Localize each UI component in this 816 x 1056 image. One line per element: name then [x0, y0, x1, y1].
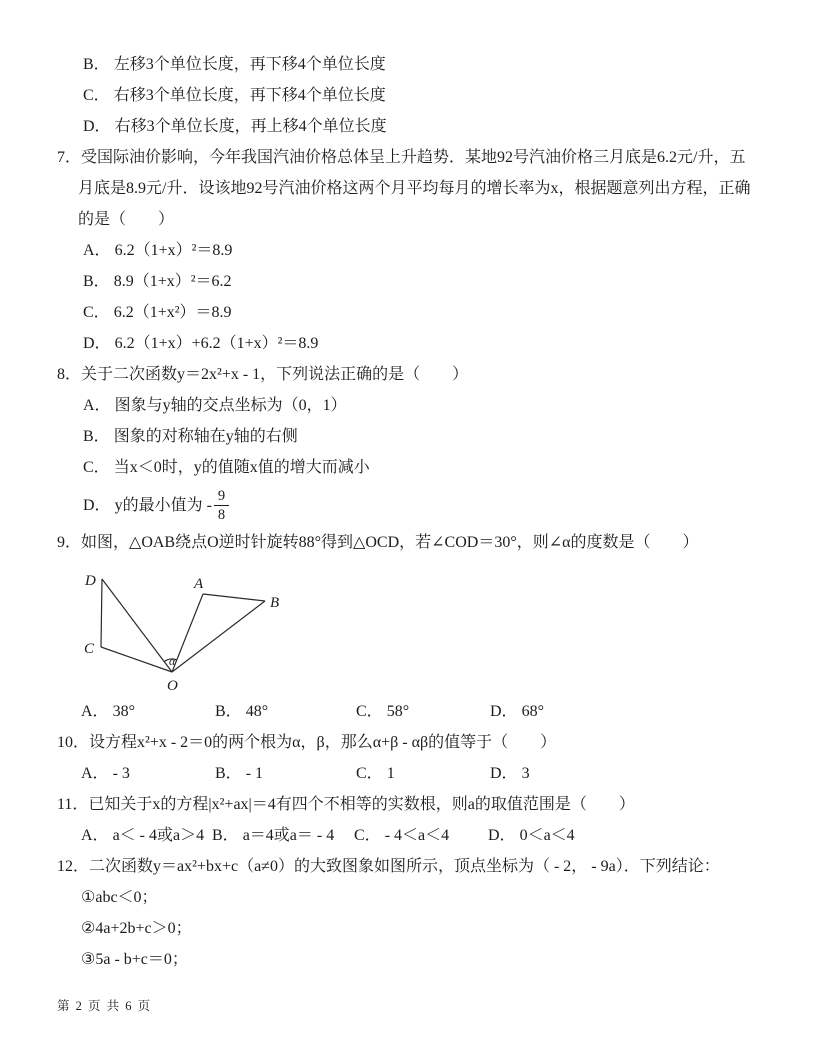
q9-option-d: D．68°	[490, 696, 544, 727]
option-label: B．	[215, 703, 242, 720]
option-text: a＜ - 4或a＞4	[113, 827, 205, 844]
q7-option-d: D．6.2（1+x）+6.2（1+x）²＝8.9	[57, 328, 768, 359]
stem-text: 设方程x²+x - 2＝0的两个根为α，β，那么α+β - αβ的值等于（ ）	[89, 734, 556, 751]
option-label: D．	[83, 118, 111, 135]
option-label: C．	[83, 459, 110, 476]
option-label: D．	[490, 703, 518, 720]
option-label: A．	[81, 703, 109, 720]
option-text: - 3	[113, 765, 130, 782]
question-number: 11．	[57, 789, 88, 820]
q10-options-row: A．- 3 B．- 1 C．1 D．3	[57, 758, 768, 789]
option-label: A．	[83, 397, 111, 414]
option-text: 8.9（1+x）²＝6.2	[114, 273, 232, 290]
option-label: B．	[83, 273, 110, 290]
q10-option-c: C．1	[356, 758, 395, 789]
vertex-label-C: C	[84, 641, 95, 657]
option-text: 6.2（1+x²）＝8.9	[114, 304, 232, 321]
q11-option-c: C．- 4＜a＜4	[354, 820, 449, 851]
option-text: - 4＜a＜4	[385, 827, 449, 844]
q8-option-c: C．当x＜0时，y的值随x值的增大而减小	[57, 452, 768, 483]
option-text: 图象与y轴的交点坐标为（0，1）	[115, 397, 347, 414]
option-label: C．	[354, 827, 381, 844]
q9-option-b: B．48°	[215, 696, 268, 727]
q11-option-d: D．0＜a＜4	[488, 820, 575, 851]
vertex-label-A: A	[193, 576, 204, 592]
stem-text: 已知关于x的方程|x²+ax|＝4有四个不相等的实数根，则a的取值范围是（ ）	[88, 796, 634, 813]
option-label: C．	[83, 304, 110, 321]
option-label: C．	[356, 765, 383, 782]
question-number: 8．	[57, 359, 81, 390]
q9-options-row: A．38° B．48° C．58° D．68°	[57, 696, 768, 727]
question-number: 12．	[57, 851, 89, 882]
option-label: B．	[215, 765, 242, 782]
q6-option-d: D．右移3个单位长度，再上移4个单位长度	[57, 111, 768, 142]
question-number: 7．	[57, 142, 81, 173]
angle-alpha-label: α	[169, 654, 176, 668]
option-label: A．	[81, 765, 109, 782]
stem-text: 受国际油价影响，今年我国汽油价格总体呈上升趋势．某地92号汽油价格三月底是6.2…	[81, 149, 745, 166]
exam-page-content: B．左移3个单位长度，再下移4个单位长度 C．右移3个单位长度，再下移4个单位长…	[57, 49, 768, 975]
rotation-figure-svg: D A B C O α	[75, 562, 305, 696]
q6-option-c: C．右移3个单位长度，再下移4个单位长度	[57, 80, 768, 111]
vertex-label-B: B	[270, 595, 279, 611]
q8-stem: 8．关于二次函数y＝2x²+x - 1，下列说法正确的是（ ）	[57, 359, 768, 390]
option-label: D．	[490, 765, 518, 782]
footer-page-number: 第 2 页 共 6 页	[57, 996, 152, 1014]
q10-stem: 10．设方程x²+x - 2＝0的两个根为α，β，那么α+β - αβ的值等于（…	[57, 727, 768, 758]
option-text: 3	[522, 765, 530, 782]
option-text: 1	[387, 765, 395, 782]
q8-option-d: D．y的最小值为 - 98	[57, 483, 768, 527]
q11-stem: 11．已知关于x的方程|x²+ax|＝4有四个不相等的实数根，则a的取值范围是（…	[57, 789, 768, 820]
option-label: A．	[83, 242, 111, 259]
q10-option-d: D．3	[490, 758, 530, 789]
q10-option-b: B．- 1	[215, 758, 263, 789]
option-text: y的最小值为 -	[115, 490, 212, 521]
q10-option-a: A．- 3	[81, 758, 130, 789]
option-label: B．	[83, 428, 110, 445]
option-text: 当x＜0时，y的值随x值的增大而减小	[114, 459, 370, 476]
option-label: D．	[83, 490, 111, 521]
option-label: B．	[212, 827, 239, 844]
q7-option-c: C．6.2（1+x²）＝8.9	[57, 297, 768, 328]
option-text: 48°	[246, 703, 268, 720]
q6-option-b: B．左移3个单位长度，再下移4个单位长度	[57, 49, 768, 80]
option-text: 58°	[387, 703, 409, 720]
q7-option-b: B．8.9（1+x）²＝6.2	[57, 266, 768, 297]
q12-conclusion-2: ②4a+2b+c＞0；	[57, 913, 768, 944]
q12-conclusion-3: ③5a - b+c＝0；	[57, 944, 768, 975]
option-text: - 1	[246, 765, 263, 782]
stem-text: 关于二次函数y＝2x²+x - 1，下列说法正确的是（ ）	[81, 366, 468, 383]
stem-text: 二次函数y＝ax²+bx+c（a≠0）的大致图象如图所示，顶点坐标为（ - 2，…	[89, 858, 720, 875]
q8-option-a: A．图象与y轴的交点坐标为（0，1）	[57, 390, 768, 421]
option-text: 0＜a＜4	[520, 827, 575, 844]
option-text: 左移3个单位长度，再下移4个单位长度	[114, 56, 386, 73]
q9-stem: 9．如图，△OAB绕点O逆时针旋转88°得到△OCD，若∠COD＝30°，则∠α…	[57, 527, 768, 558]
option-label: A．	[81, 827, 109, 844]
q12-conclusion-1: ①abc＜0；	[57, 882, 768, 913]
option-label: B．	[83, 56, 110, 73]
fraction: 98	[214, 488, 229, 523]
q9-geometry-figure: D A B C O α	[57, 562, 768, 696]
q12-stem: 12．二次函数y＝ax²+bx+c（a≠0）的大致图象如图所示，顶点坐标为（ -…	[57, 851, 768, 882]
q7-option-a: A．6.2（1+x）²＝8.9	[57, 235, 768, 266]
option-text: 右移3个单位长度，再上移4个单位长度	[115, 118, 387, 135]
question-number: 10．	[57, 727, 89, 758]
q9-option-c: C．58°	[356, 696, 409, 727]
option-text: 右移3个单位长度，再下移4个单位长度	[114, 87, 386, 104]
q7-stem-line2: 月底是8.9元/升．设该地92号汽油价格这两个月平均每月的增长率为x，根据题意列…	[57, 173, 768, 204]
q7-stem-line1: 7．受国际油价影响，今年我国汽油价格总体呈上升趋势．某地92号汽油价格三月底是6…	[57, 142, 768, 173]
fraction-numerator: 9	[214, 488, 229, 507]
option-text: 68°	[522, 703, 544, 720]
q11-option-b: B．a＝4或a＝ - 4	[212, 820, 334, 851]
question-number: 9．	[57, 527, 81, 558]
vertex-label-D: D	[84, 573, 96, 589]
option-label: C．	[83, 87, 110, 104]
vertex-label-O: O	[167, 678, 178, 694]
q7-stem-line3: 的是（ ）	[57, 204, 768, 235]
option-label: D．	[83, 335, 111, 352]
fraction-denominator: 8	[214, 506, 229, 523]
q8-option-b: B．图象的对称轴在y轴的右侧	[57, 421, 768, 452]
q11-options-row: A．a＜ - 4或a＞4 B．a＝4或a＝ - 4 C．- 4＜a＜4 D．0＜…	[57, 820, 768, 851]
option-label: C．	[356, 703, 383, 720]
option-text: 6.2（1+x）²＝8.9	[115, 242, 233, 259]
option-text: 图象的对称轴在y轴的右侧	[114, 428, 298, 445]
option-text: 38°	[113, 703, 135, 720]
option-text: a＝4或a＝ - 4	[243, 827, 335, 844]
stem-text: 如图，△OAB绕点O逆时针旋转88°得到△OCD，若∠COD＝30°，则∠α的度…	[81, 534, 699, 551]
option-text: 6.2（1+x）+6.2（1+x）²＝8.9	[115, 335, 319, 352]
q11-option-a: A．a＜ - 4或a＞4	[81, 820, 204, 851]
q9-option-a: A．38°	[81, 696, 135, 727]
option-label: D．	[488, 827, 516, 844]
